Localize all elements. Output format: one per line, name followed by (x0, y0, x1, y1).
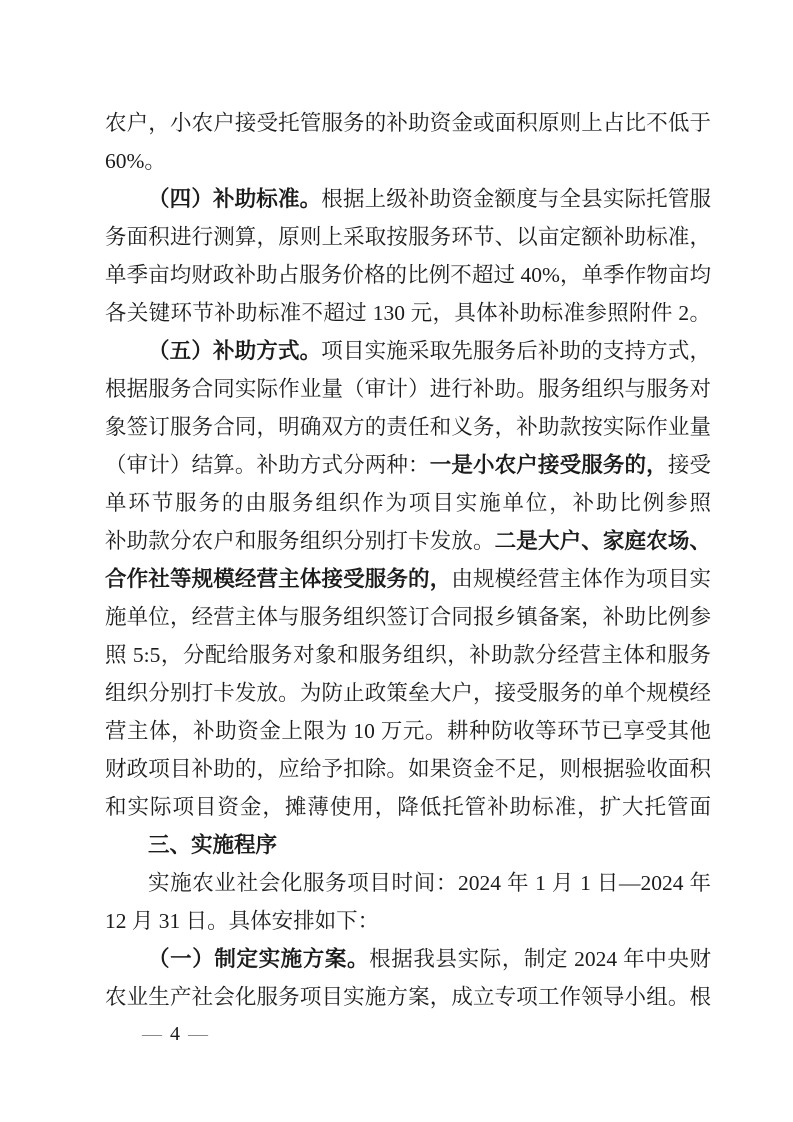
body-text: 12 月 31 日。具体安排如下： (105, 909, 379, 933)
body-text: 施单位，经营主体与服务组织签订合同报乡镇备案，补助比例参 (105, 605, 711, 629)
text-line: 营主体，补助资金上限为 10 万元。耕种防收等环节已享受其他 (105, 712, 711, 750)
body-text: 60%。 (105, 149, 166, 173)
body-text: 接受 (668, 453, 711, 477)
text-line: 农户，小农户接受托管服务的补助资金或面积原则上占比不低于 (105, 104, 711, 142)
page-number-dash-left: — (142, 1023, 162, 1045)
text-line: 根据服务合同实际作业量（审计）进行补助。服务组织与服务对 (105, 370, 711, 408)
text-line: 农业生产社会化服务项目实施方案，成立专项工作领导小组。根 (105, 978, 711, 1016)
body-text: 务面积进行测算，原则上采取按服务环节、以亩定额补助标准， (105, 225, 711, 249)
text-line: 实施农业社会化服务项目时间：2024 年 1 月 1 日—2024 年 (105, 864, 711, 902)
body-text: 农户，小农户接受托管服务的补助资金或面积原则上占比不低于 (105, 111, 711, 135)
text-line: 单环节服务的由服务组织作为项目实施单位，补助比例参照 6:4， (105, 484, 711, 522)
body-text: 照 5:5，分配给服务对象和服务组织，补助款分经营主体和服务 (105, 643, 711, 667)
text-line: 60%。 (105, 142, 711, 180)
bold-text: 合作社等规模经营主体接受服务的， (105, 567, 451, 591)
bold-text: 一是小农户接受服务的， (430, 453, 668, 477)
page-number-value: 4 (170, 1023, 180, 1045)
document-page: 农户，小农户接受托管服务的补助资金或面积原则上占比不低于60%。（四）补助标准。… (0, 0, 793, 1122)
bold-text: 三、实施程序 (148, 833, 277, 857)
body-text: 各关键环节补助标准不超过 130 元，具体补助标准参照附件 2。 (105, 301, 711, 325)
body-text: 农业生产社会化服务项目实施方案，成立专项工作领导小组。根 (105, 985, 711, 1009)
text-line: 合作社等规模经营主体接受服务的，由规模经营主体作为项目实 (105, 560, 711, 598)
text-line: （五）补助方式。项目实施采取先服务后补助的支持方式， (105, 332, 711, 370)
body-text: 财政项目补助的，应给予扣除。如果资金不足，则根据验收面积 (105, 757, 711, 781)
body-text: 组织分别打卡发放。为防止政策垒大户，接受服务的单个规模经 (105, 681, 711, 705)
text-line: 各关键环节补助标准不超过 130 元，具体补助标准参照附件 2。 (105, 294, 711, 332)
body-text: 根据上级补助资金额度与全县实际托管服 (321, 187, 711, 211)
text-line: 照 5:5，分配给服务对象和服务组织，补助款分经营主体和服务 (105, 636, 711, 674)
body-text: 补助款分农户和服务组织分别打卡发放。 (105, 529, 495, 553)
body-text: 象签订服务合同，明确双方的责任和义务，补助款按实际作业量 (105, 415, 711, 439)
text-line: 和实际项目资金，摊薄使用，降低托管补助标准，扩大托管面积。 (105, 788, 711, 826)
page-number-dash-right: — (188, 1023, 208, 1045)
body-text: 单环节服务的由服务组织作为项目实施单位，补助比例参照 6:4， (105, 491, 711, 522)
text-line: 财政项目补助的，应给予扣除。如果资金不足，则根据验收面积 (105, 750, 711, 788)
page-number: —4— (142, 1021, 208, 1047)
bold-text: （四）补助标准。 (148, 187, 321, 211)
text-line: 施单位，经营主体与服务组织签订合同报乡镇备案，补助比例参 (105, 598, 711, 636)
body-text: 单季亩均财政补助占服务价格的比例不超过 40%，单季作物亩均 (105, 263, 711, 287)
text-line: （四）补助标准。根据上级补助资金额度与全县实际托管服 (105, 180, 711, 218)
bold-text: （一）制定实施方案。 (148, 947, 369, 971)
text-line: （一）制定实施方案。根据我县实际，制定 2024 年中央财政 (105, 940, 711, 978)
body-text: （审计）结算。补助方式分两种： (105, 453, 430, 477)
text-line: 象签订服务合同，明确双方的责任和义务，补助款按实际作业量 (105, 408, 711, 446)
text-line: 补助款分农户和服务组织分别打卡发放。二是大户、家庭农场、 (105, 522, 711, 560)
section-heading: 三、实施程序 (105, 826, 711, 864)
text-line: 务面积进行测算，原则上采取按服务环节、以亩定额补助标准， (105, 218, 711, 256)
document-body: 农户，小农户接受托管服务的补助资金或面积原则上占比不低于60%。（四）补助标准。… (105, 104, 711, 1016)
bold-text: 二是大户、家庭农场、 (495, 529, 711, 553)
text-line: （审计）结算。补助方式分两种：一是小农户接受服务的，接受 (105, 446, 711, 484)
text-line: 12 月 31 日。具体安排如下： (105, 902, 711, 940)
body-text: 由规模经营主体作为项目实 (451, 567, 711, 591)
body-text: 和实际项目资金，摊薄使用，降低托管补助标准，扩大托管面积。 (105, 795, 711, 826)
body-text: 根据服务合同实际作业量（审计）进行补助。服务组织与服务对 (105, 377, 711, 401)
body-text: 实施农业社会化服务项目时间：2024 年 1 月 1 日—2024 年 (148, 871, 711, 895)
text-line: 单季亩均财政补助占服务价格的比例不超过 40%，单季作物亩均 (105, 256, 711, 294)
text-line: 组织分别打卡发放。为防止政策垒大户，接受服务的单个规模经 (105, 674, 711, 712)
body-text: 营主体，补助资金上限为 10 万元。耕种防收等环节已享受其他 (105, 719, 711, 743)
bold-text: （五）补助方式。 (148, 339, 321, 363)
body-text: 项目实施采取先服务后补助的支持方式， (321, 339, 711, 363)
